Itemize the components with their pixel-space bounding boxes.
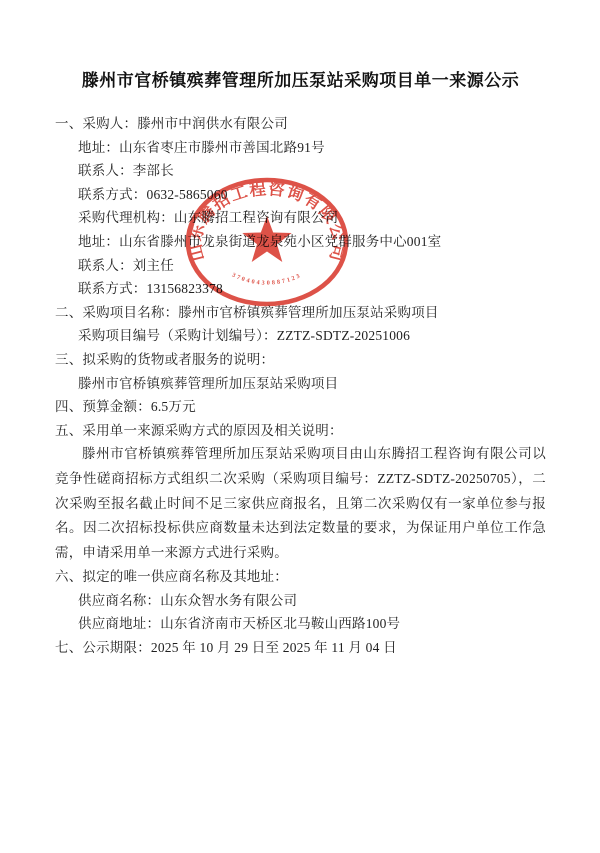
document-page: 滕州市官桥镇殡葬管理所加压泵站采购项目单一来源公示 一、采购人：滕州市中润供水有… <box>0 0 600 853</box>
doc-line-goods-heading: 三、拟采购的货物或者服务的说明： <box>55 348 546 372</box>
doc-line-project-name: 二、采购项目名称：滕州市官桥镇殡葬管理所加压泵站采购项目 <box>55 301 546 325</box>
doc-line-buyer-contact: 联系人：李部长 <box>55 159 546 183</box>
doc-line-agency-address: 地址：山东省滕州市龙泉街道龙泉苑小区党群服务中心001室 <box>55 230 546 254</box>
doc-line-budget: 四、预算金额：6.5万元 <box>55 395 546 419</box>
doc-line-agency-contact: 联系人：刘主任 <box>55 254 546 278</box>
announcement-document: 滕州市官桥镇殡葬管理所加压泵站采购项目单一来源公示 一、采购人：滕州市中润供水有… <box>55 70 546 660</box>
doc-line-supplier-address: 供应商地址：山东省济南市天桥区北马鞍山西路100号 <box>55 612 546 636</box>
doc-line-reason-heading: 五、采用单一来源采购方式的原因及相关说明： <box>55 419 546 443</box>
doc-line-supplier-heading: 六、拟定的唯一供应商名称及其地址： <box>55 565 546 589</box>
doc-line-agency-phone: 联系方式：13156823378 <box>55 277 546 301</box>
doc-line-project-number: 采购项目编号（采购计划编号）：ZZTZ-SDTZ-20251006 <box>55 324 546 348</box>
doc-line-publicity-period: 七、公示期限：2025 年 10 月 29 日至 2025 年 11 月 04 … <box>55 636 546 660</box>
doc-line-buyer-address: 地址：山东省枣庄市滕州市善国北路91号 <box>55 136 546 160</box>
doc-line-buyer: 一、采购人：滕州市中润供水有限公司 <box>55 112 546 136</box>
doc-line-buyer-phone: 联系方式：0632-5865060 <box>55 183 546 207</box>
doc-line-goods-desc: 滕州市官桥镇殡葬管理所加压泵站采购项目 <box>55 372 546 396</box>
page-title: 滕州市官桥镇殡葬管理所加压泵站采购项目单一来源公示 <box>55 70 546 92</box>
doc-reason-paragraph: 滕州市官桥镇殡葬管理所加压泵站采购项目由山东腾招工程咨询有限公司以竞争性磋商招标… <box>55 442 546 565</box>
doc-line-agency: 采购代理机构：山东腾招工程咨询有限公司 <box>55 206 546 230</box>
doc-line-supplier-name: 供应商名称：山东众智水务有限公司 <box>55 589 546 613</box>
